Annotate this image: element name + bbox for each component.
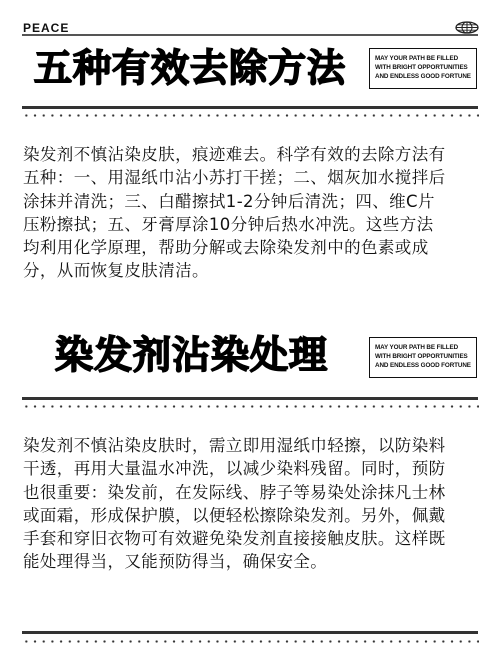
section-title: 染发剂沾染处理 — [55, 336, 328, 374]
slogan-line: AND ENDLESS GOOD FORTUNE — [375, 72, 473, 81]
brand-label: PEACE — [23, 21, 69, 35]
paragraph-line: 染发剂不慎沾染皮肤，痕迹难去。科学有效的去除方法有 — [23, 143, 463, 166]
section-paragraph: 染发剂不慎沾染皮肤时，需立即用湿纸巾轻擦，以防染料 干透，再用大量温水冲洗，以减… — [23, 434, 463, 574]
footer-divider — [22, 631, 478, 634]
paragraph-line: 压粉擦拭；五、牙膏厚涂10分钟后热水冲洗。这些方法 — [23, 213, 463, 236]
paragraph-line: 能处理得当，又能预防得当，确保安全。 — [23, 550, 463, 573]
slogan-line: MAY YOUR PATH BE FILLED — [375, 343, 473, 352]
paragraph-line: 手套和穿旧衣物可有效避免染发剂直接接触皮肤。这样既 — [23, 527, 463, 550]
slogan-box: MAY YOUR PATH BE FILLED WITH BRIGHT OPPO… — [369, 337, 477, 378]
dotted-divider — [22, 114, 479, 117]
paragraph-line: 干透，再用大量温水冲洗，以减少染料残留。同时，预防 — [23, 457, 463, 480]
paragraph-line: 分，从而恢复皮肤清洁。 — [23, 259, 463, 282]
section-divider — [22, 397, 478, 400]
slogan-line: MAY YOUR PATH BE FILLED — [375, 54, 473, 63]
paragraph-line: 均利用化学原理，帮助分解或去除染发剂中的色素或成 — [23, 236, 463, 259]
section-divider — [22, 106, 478, 109]
dotted-divider — [22, 405, 479, 408]
paragraph-line: 染发剂不慎沾染皮肤时，需立即用湿纸巾轻擦，以防染料 — [23, 434, 463, 457]
globe-icon — [455, 21, 479, 34]
paragraph-line: 或面霜，形成保护膜，以便轻松擦除染发剂。另外，佩戴 — [23, 504, 463, 527]
paragraph-line: 也很重要：染发前，在发际线、脖子等易染处涂抹凡士林 — [23, 481, 463, 504]
paragraph-line: 五种：一、用湿纸巾沾小苏打干搓；二、烟灰加水搅拌后 — [23, 166, 463, 189]
slogan-line: WITH BRIGHT OPPORTUNITIES — [375, 352, 473, 361]
slogan-line: AND ENDLESS GOOD FORTUNE — [375, 361, 473, 370]
section-paragraph: 染发剂不慎沾染皮肤，痕迹难去。科学有效的去除方法有 五种：一、用湿纸巾沾小苏打干… — [23, 143, 463, 283]
paragraph-line: 涂抹并清洗；三、白醋擦拭1-2分钟后清洗；四、维C片 — [23, 190, 463, 213]
dotted-divider — [22, 640, 479, 643]
section-title: 五种有效去除方法 — [34, 49, 346, 87]
header-divider — [22, 34, 478, 36]
slogan-line: WITH BRIGHT OPPORTUNITIES — [375, 63, 473, 72]
slogan-box: MAY YOUR PATH BE FILLED WITH BRIGHT OPPO… — [369, 48, 477, 89]
